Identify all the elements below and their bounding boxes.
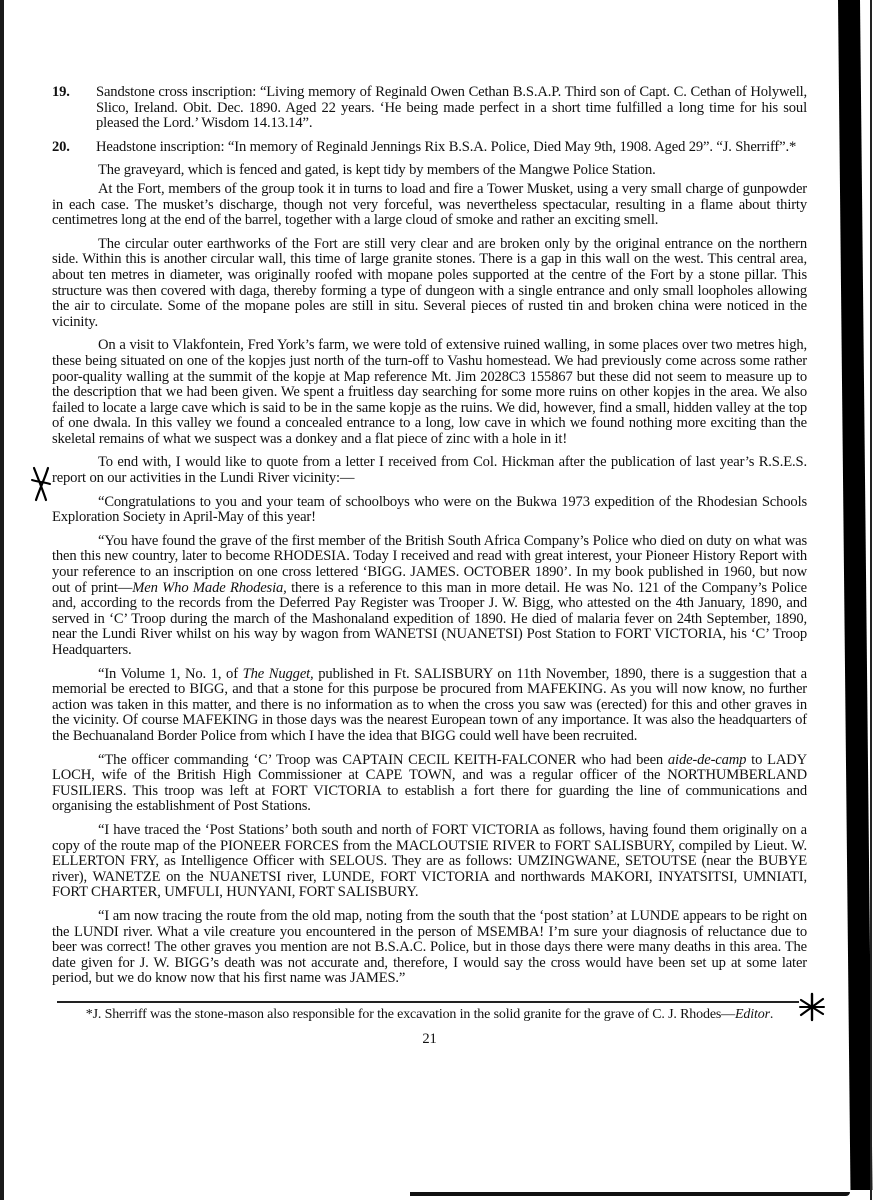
- letter-paragraph-congratulations: “Congratulations to you and your team of…: [52, 495, 807, 526]
- scan-left-edge: [0, 0, 4, 1200]
- item-text: Headstone inscription: “In memory of Reg…: [96, 140, 807, 156]
- numbered-item: 19. Sandstone cross inscription: “Living…: [52, 85, 807, 132]
- scan-bottom-edge: [410, 1192, 850, 1196]
- paragraph-earthworks: The circular outer earthworks of the For…: [52, 237, 807, 331]
- handwritten-asterisk-icon: [30, 466, 52, 502]
- footnote: *J. Sherriff was the stone-mason also re…: [52, 1007, 807, 1022]
- letter-paragraph-route: “I am now tracing the route from the old…: [52, 909, 807, 987]
- page-number: 21: [52, 1032, 807, 1048]
- letter-paragraph-post-stations: “I have traced the ‘Post Stations’ both …: [52, 823, 807, 901]
- item-number: 20.: [52, 140, 96, 156]
- paragraph-letter-intro: To end with, I would like to quote from …: [52, 455, 807, 486]
- letter-paragraph-grave: “You have found the grave of the first m…: [52, 534, 807, 659]
- scan-right-shadow-band: [838, 0, 872, 1190]
- scan-right-edge: [870, 0, 872, 1200]
- italic-term: aide-de-camp: [668, 752, 746, 768]
- publication-title: The Nugget,: [243, 666, 314, 682]
- item-text: Sandstone cross inscription: “Living mem…: [96, 85, 807, 132]
- paragraph-graveyard: The graveyard, which is fenced and gated…: [52, 163, 807, 179]
- item-number: 19.: [52, 85, 96, 132]
- book-title: Men Who Made Rhodesia,: [132, 580, 286, 596]
- document-page: 19. Sandstone cross inscription: “Living…: [52, 85, 807, 1047]
- paragraph-musket: At the Fort, members of the group took i…: [52, 182, 807, 229]
- footnote-rule: [57, 1001, 799, 1003]
- footnote-editor: Editor: [735, 1007, 770, 1022]
- numbered-item: 20. Headstone inscription: “In memory of…: [52, 140, 807, 156]
- letter-paragraph-nugget: “In Volume 1, No. 1, of The Nugget, publ…: [52, 667, 807, 745]
- paragraph-vlakfontein: On a visit to Vlakfontein, Fred York’s f…: [52, 338, 807, 447]
- letter-paragraph-officer: “The officer commanding ‘C’ Troop was CA…: [52, 753, 807, 815]
